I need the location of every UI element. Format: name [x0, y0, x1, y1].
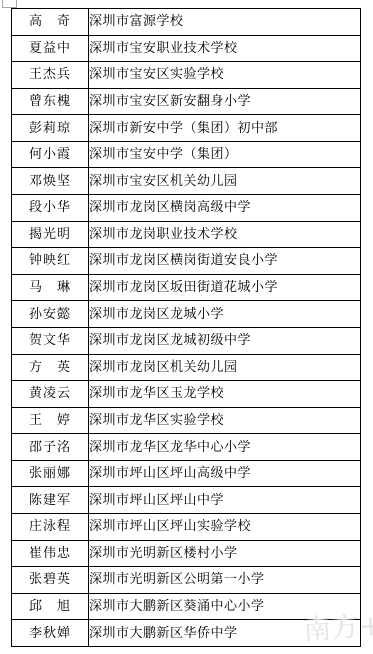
- school-name-cell: 深圳市坪山区坪山实验学校: [89, 513, 361, 540]
- school-name-cell: 深圳市龙华区龙华中心小学: [89, 434, 361, 461]
- person-name-cell: 张丽娜: [12, 460, 89, 487]
- person-name-cell: 段小华: [12, 195, 89, 222]
- table-row: 张丽娜深圳市坪山区坪山高级中学: [12, 460, 361, 487]
- school-name-cell: 深圳市龙岗区机关幼儿园: [89, 354, 361, 381]
- school-name-cell: 深圳市龙岗区横岗街道安良小学: [89, 248, 361, 275]
- table-row: 王 婷深圳市龙华区实验学校: [12, 407, 361, 434]
- table-row: 黄凌云深圳市龙华区玉龙学校: [12, 381, 361, 408]
- person-name-cell: 夏益中: [12, 35, 89, 62]
- table-row: 李秋婵深圳市大鹏新区华侨中学: [12, 620, 361, 647]
- school-name-cell: 深圳市宝安职业技术学校: [89, 35, 361, 62]
- person-name-cell: 王杰兵: [12, 62, 89, 89]
- school-name-cell: 深圳市坪山区坪山高级中学: [89, 460, 361, 487]
- school-name-cell: 深圳市宝安中学（集团）: [89, 141, 361, 168]
- table-row: 崔伟忠深圳市光明新区楼村小学: [12, 540, 361, 567]
- person-name-cell: 张碧英: [12, 567, 89, 594]
- person-name-cell: 邱 旭: [12, 593, 89, 620]
- person-name-cell: 庄泳程: [12, 513, 89, 540]
- person-name-cell: 曾东槐: [12, 88, 89, 115]
- teacher-school-table: 高 奇深圳市富源学校夏益中深圳市宝安职业技术学校王杰兵深圳市宝安区实验学校曾东槐…: [11, 8, 361, 647]
- table-row: 邱 旭深圳市大鹏新区葵涌中心小学: [12, 593, 361, 620]
- table-row: 邵子洺深圳市龙华区龙华中心小学: [12, 434, 361, 461]
- school-name-cell: 深圳市宝安区新安翻身小学: [89, 88, 361, 115]
- table-row: 张碧英深圳市光明新区公明第一小学: [12, 567, 361, 594]
- person-name-cell: 贺文华: [12, 327, 89, 354]
- school-name-cell: 深圳市光明新区公明第一小学: [89, 567, 361, 594]
- table-row: 钟映红深圳市龙岗区横岗街道安良小学: [12, 248, 361, 275]
- table-row: 高 奇深圳市富源学校: [12, 9, 361, 36]
- person-name-cell: 方 英: [12, 354, 89, 381]
- table-row: 王杰兵深圳市宝安区实验学校: [12, 62, 361, 89]
- school-name-cell: 深圳市龙华区玉龙学校: [89, 381, 361, 408]
- school-name-cell: 深圳市大鹏新区葵涌中心小学: [89, 593, 361, 620]
- table-row: 陈建军深圳市坪山区坪山中学: [12, 487, 361, 514]
- school-name-cell: 深圳市龙岗区横岗高级中学: [89, 195, 361, 222]
- table-row: 庄泳程深圳市坪山区坪山实验学校: [12, 513, 361, 540]
- table-row: 曾东槐深圳市宝安区新安翻身小学: [12, 88, 361, 115]
- table-row: 何小霞深圳市宝安中学（集团）: [12, 141, 361, 168]
- table-row: 夏益中深圳市宝安职业技术学校: [12, 35, 361, 62]
- table-row: 段小华深圳市龙岗区横岗高级中学: [12, 195, 361, 222]
- person-name-cell: 马 琳: [12, 274, 89, 301]
- school-name-cell: 深圳市大鹏新区华侨中学: [89, 620, 361, 647]
- person-name-cell: 李秋婵: [12, 620, 89, 647]
- person-name-cell: 高 奇: [12, 9, 89, 36]
- table-row: 方 英深圳市龙岗区机关幼儿园: [12, 354, 361, 381]
- person-name-cell: 崔伟忠: [12, 540, 89, 567]
- school-name-cell: 深圳市宝安区实验学校: [89, 62, 361, 89]
- person-name-cell: 钟映红: [12, 248, 89, 275]
- school-name-cell: 深圳市富源学校: [89, 9, 361, 36]
- teacher-school-table-body: 高 奇深圳市富源学校夏益中深圳市宝安职业技术学校王杰兵深圳市宝安区实验学校曾东槐…: [12, 9, 361, 647]
- school-name-cell: 深圳市坪山区坪山中学: [89, 487, 361, 514]
- school-name-cell: 深圳市宝安区机关幼儿园: [89, 168, 361, 195]
- school-name-cell: 深圳市龙岗区坂田街道花城小学: [89, 274, 361, 301]
- person-name-cell: 揭光明: [12, 221, 89, 248]
- school-name-cell: 深圳市龙岗职业技术学校: [89, 221, 361, 248]
- person-name-cell: 黄凌云: [12, 381, 89, 408]
- school-name-cell: 深圳市新安中学（集团）初中部: [89, 115, 361, 142]
- table-row: 马 琳深圳市龙岗区坂田街道花城小学: [12, 274, 361, 301]
- school-name-cell: 深圳市龙岗区龙城初级中学: [89, 327, 361, 354]
- person-name-cell: 彭莉琼: [12, 115, 89, 142]
- table-row: 贺文华深圳市龙岗区龙城初级中学: [12, 327, 361, 354]
- person-name-cell: 陈建军: [12, 487, 89, 514]
- table-row: 彭莉琼深圳市新安中学（集团）初中部: [12, 115, 361, 142]
- school-name-cell: 深圳市龙岗区龙城小学: [89, 301, 361, 328]
- person-name-cell: 何小霞: [12, 141, 89, 168]
- school-name-cell: 深圳市光明新区楼村小学: [89, 540, 361, 567]
- table-row: 邓焕坚深圳市宝安区机关幼儿园: [12, 168, 361, 195]
- person-name-cell: 王 婷: [12, 407, 89, 434]
- school-name-cell: 深圳市龙华区实验学校: [89, 407, 361, 434]
- person-name-cell: 邓焕坚: [12, 168, 89, 195]
- cropped-cell-corner: [2, 0, 17, 8]
- table-row: 孙安懿深圳市龙岗区龙城小学: [12, 301, 361, 328]
- table-row: 揭光明深圳市龙岗职业技术学校: [12, 221, 361, 248]
- person-name-cell: 邵子洺: [12, 434, 89, 461]
- person-name-cell: 孙安懿: [12, 301, 89, 328]
